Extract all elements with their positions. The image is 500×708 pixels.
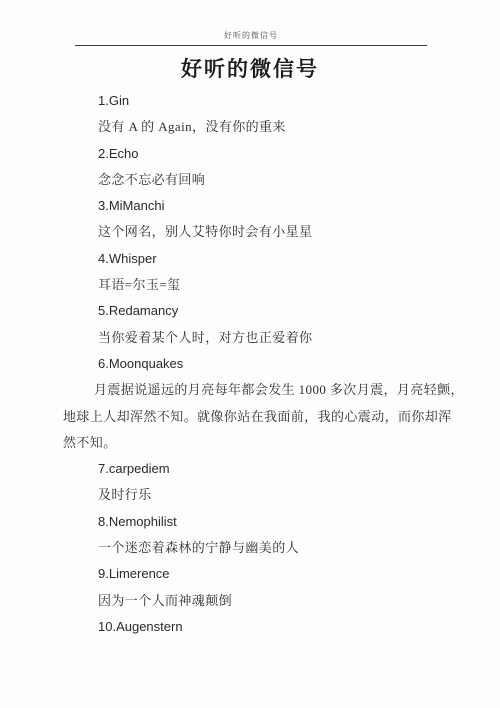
- item-10-heading: 10.Augenstern: [63, 614, 450, 640]
- item-7-heading: 7.carpediem: [63, 456, 450, 482]
- document-body: 1.Gin 没有 A 的 Again，没有你的重来 2.Echo 念念不忘必有回…: [63, 88, 450, 640]
- item-1-heading: 1.Gin: [63, 88, 450, 114]
- item-6-desc-line-3: 然不知。: [63, 430, 450, 456]
- item-7-desc: 及时行乐: [63, 482, 450, 508]
- item-2-heading: 2.Echo: [63, 141, 450, 167]
- running-header-text: 好听的微信号: [224, 31, 278, 40]
- item-1-desc: 没有 A 的 Again，没有你的重来: [63, 114, 450, 140]
- page-title: 好听的微信号: [0, 55, 500, 83]
- item-4-heading: 4.Whisper: [63, 246, 450, 272]
- item-6-heading: 6.Moonquakes: [63, 351, 450, 377]
- item-4-desc: 耳语=尔玉=玺: [63, 272, 450, 298]
- item-8-heading: 8.Nemophilist: [63, 509, 450, 535]
- item-5-heading: 5.Redamancy: [63, 298, 450, 324]
- item-3-desc: 这个网名，别人艾特你时会有小星星: [63, 219, 450, 245]
- running-header: 好听的微信号: [75, 30, 427, 46]
- item-3-heading: 3.MiManchi: [63, 193, 450, 219]
- item-6-desc-line-2: 地球上人却浑然不知。就像你站在我面前，我的心震动，而你却浑: [63, 404, 450, 430]
- item-5-desc: 当你爱着某个人时，对方也正爱着你: [63, 325, 450, 351]
- item-2-desc: 念念不忘必有回响: [63, 167, 450, 193]
- item-9-heading: 9.Limerence: [63, 561, 450, 587]
- item-8-desc: 一个迷恋着森林的宁静与幽美的人: [63, 535, 450, 561]
- item-6-desc-line-1: 月震据说遥远的月亮每年都会发生 1000 多次月震，月亮轻颤，: [63, 377, 450, 403]
- item-9-desc: 因为一个人而神魂颠倒: [63, 588, 450, 614]
